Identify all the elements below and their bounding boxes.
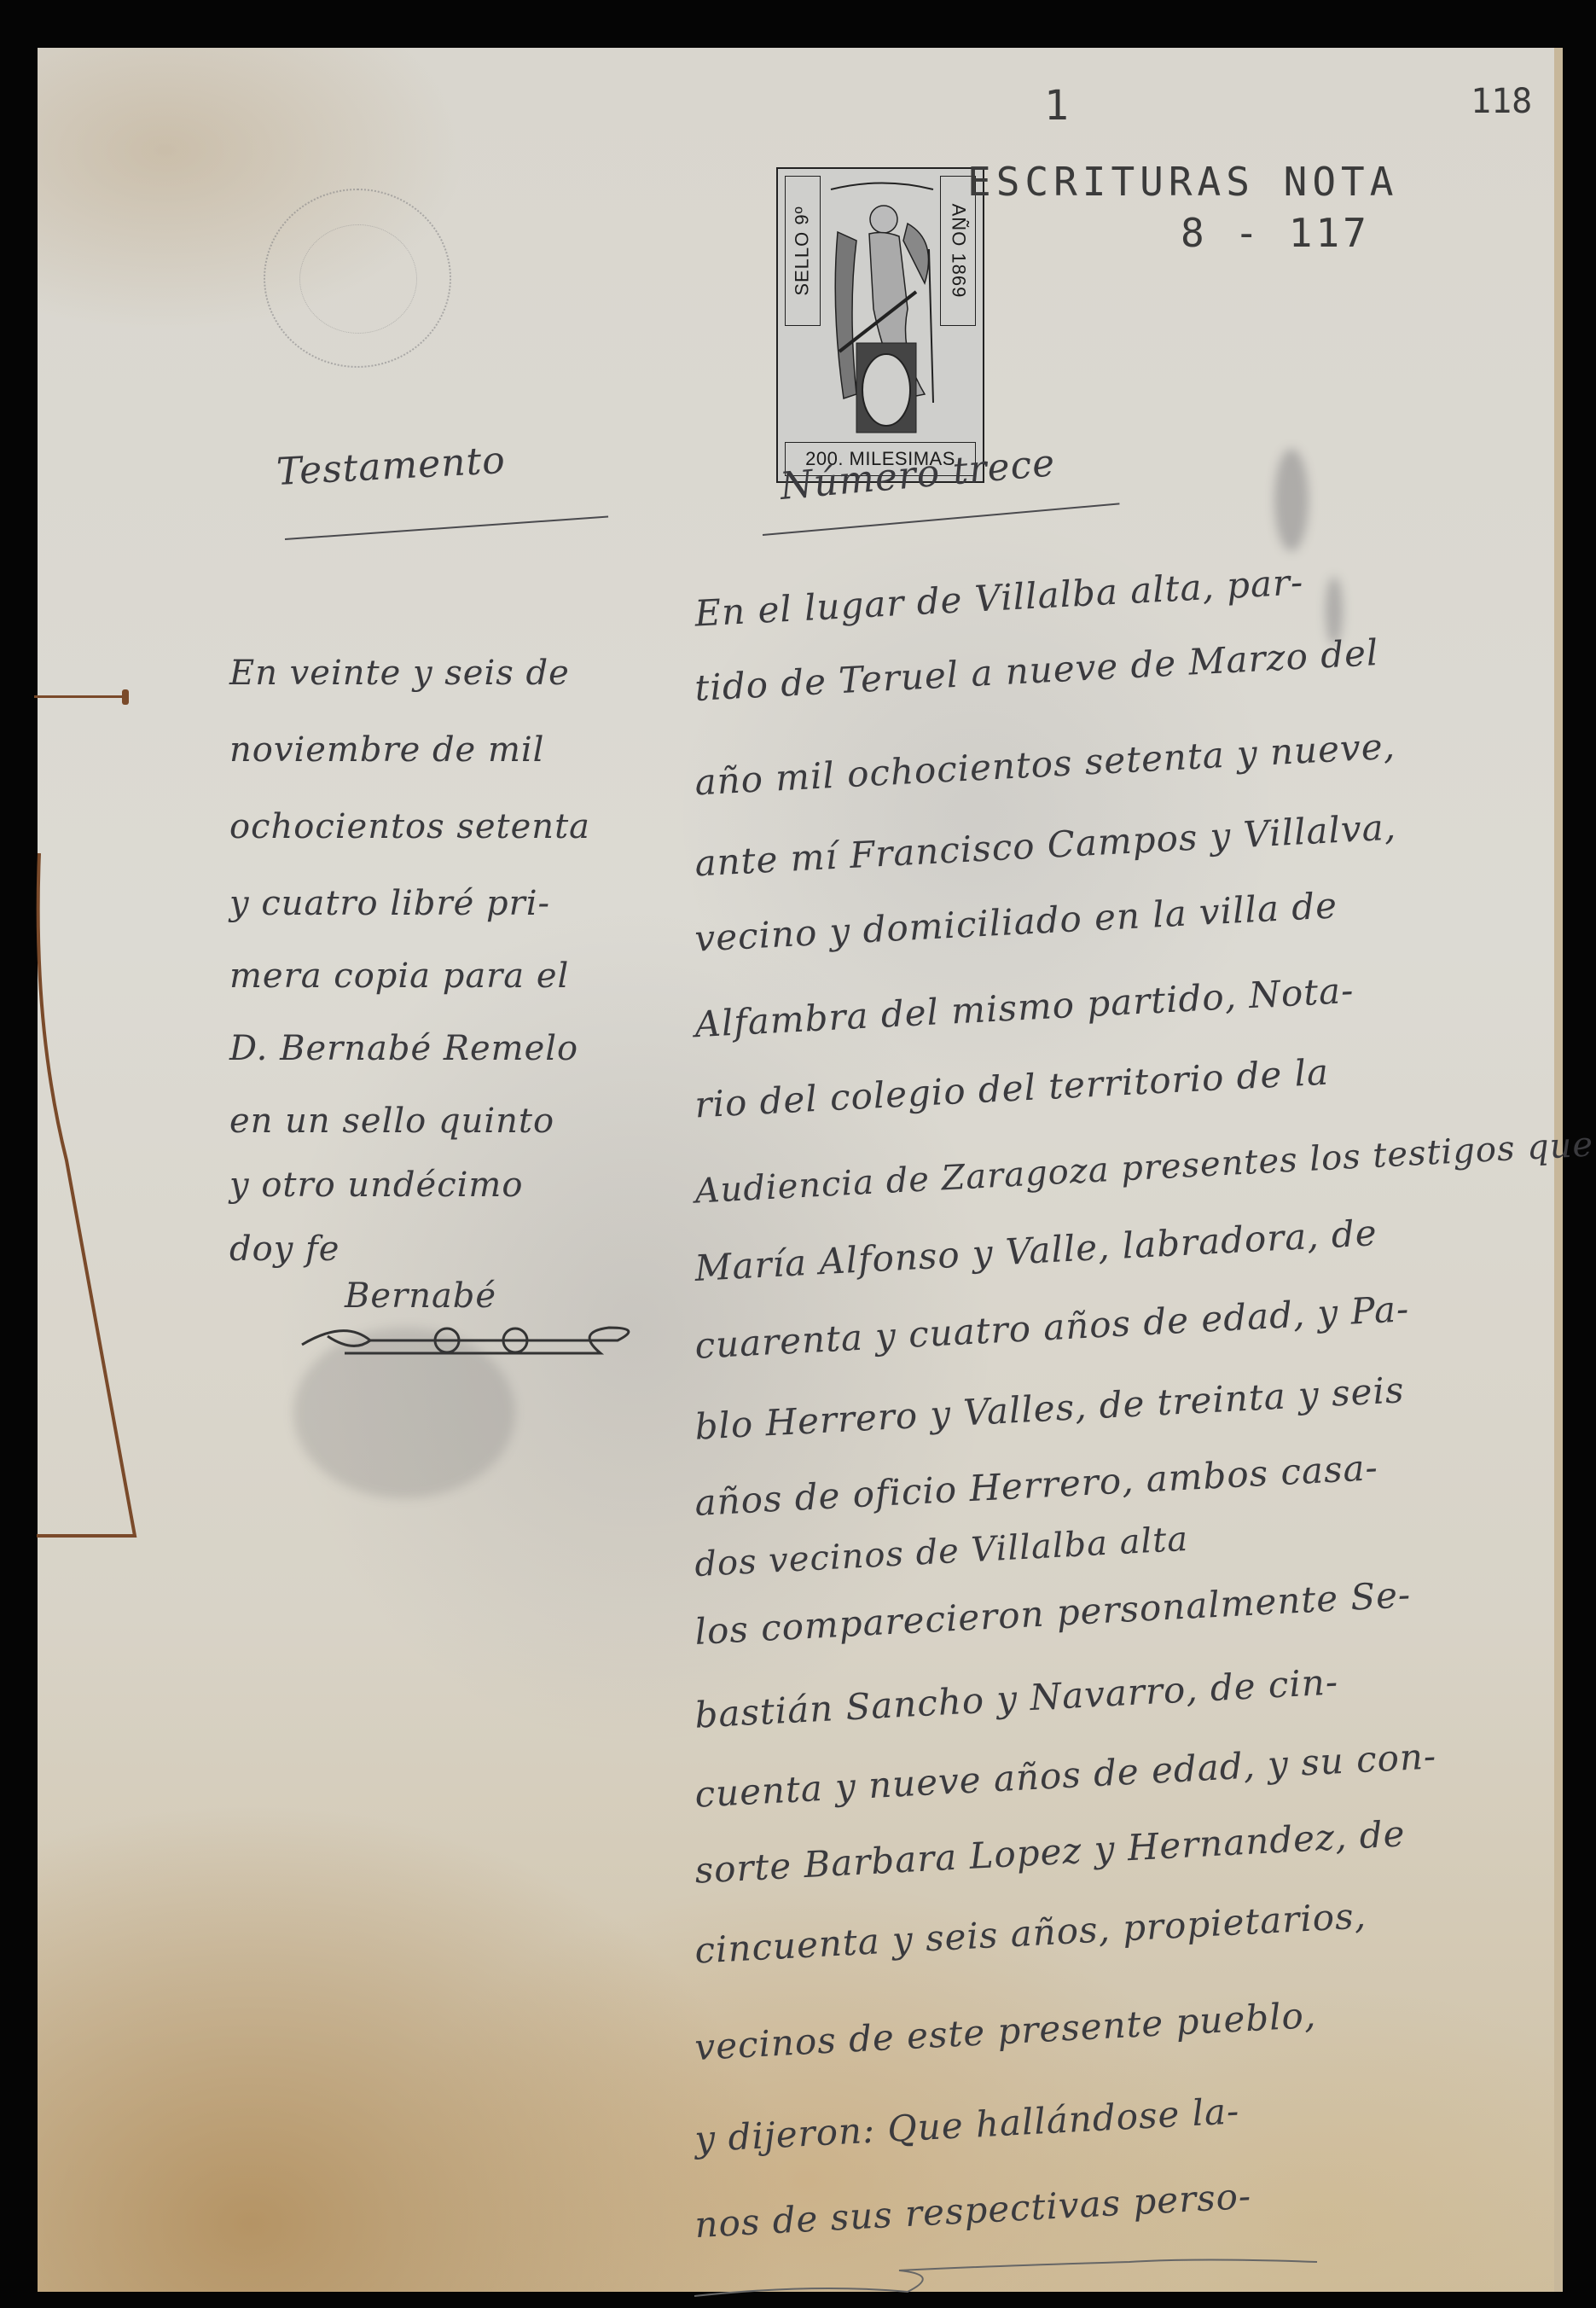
- text-line: y dijeron: Que hallándose la-: [694, 2090, 1240, 2160]
- text-line: ante mí Francisco Campos y Villalva,: [694, 805, 1397, 884]
- text-line: Audiencia de Zaragoza presentes los test…: [694, 1125, 1595, 1211]
- document-page: SELLO 9º AÑO 1869 200. MILESIMAS 1 118 E…: [38, 48, 1563, 2292]
- text-line: blo Herrero y Valles, de treinta y seis: [694, 1369, 1405, 1448]
- margin-line: y otro undécimo: [229, 1166, 523, 1205]
- text-line: los comparecieron personalmente Se-: [694, 1573, 1412, 1653]
- heading-underline: [285, 515, 608, 540]
- text-line: tido de Teruel a nueve de Marzo del: [694, 631, 1379, 709]
- binding-knot: [122, 689, 129, 705]
- text-line: En el lugar de Villalba alta, par-: [694, 561, 1304, 634]
- text-line: sorte Barbara Lopez y Hernandez, de: [694, 1812, 1406, 1892]
- ink-smudge: [1274, 449, 1309, 551]
- text-line: vecino y domiciliado en la villa de: [694, 884, 1338, 959]
- text-line: dos vecinos de Villalba alta: [694, 1520, 1189, 1584]
- text-line: cuarenta y cuatro años de edad, y Pa-: [694, 1288, 1410, 1367]
- text-line: cincuenta y seis años, propietarios,: [694, 1894, 1367, 1971]
- closing-flourish-icon: [686, 2258, 1334, 2308]
- center-heading-underline: [763, 503, 1120, 536]
- text-line: rio del colegio del territorio de la: [694, 1051, 1330, 1126]
- revenue-stamp: SELLO 9º AÑO 1869 200. MILESIMAS: [776, 167, 984, 483]
- margin-line: en un sello quinto: [229, 1102, 554, 1141]
- text-line: años de oficio Herrero, ambos casa-: [694, 1446, 1379, 1524]
- text-line: bastián Sancho y Navarro, de cin-: [694, 1660, 1339, 1735]
- margin-line: doy fe: [229, 1230, 340, 1269]
- text-line: año mil ochocientos setenta y nueve,: [694, 725, 1396, 804]
- ink-smudge: [1326, 577, 1343, 645]
- pencil-page-number: 1: [1044, 82, 1069, 130]
- archive-label: ESCRITURAS NOTA: [967, 159, 1398, 205]
- text-line: nos de sus respectivas perso-: [694, 2175, 1252, 2246]
- margin-line: En veinte y seis de: [229, 654, 570, 693]
- binding-string-top: [34, 695, 128, 698]
- margin-line: noviembre de mil: [229, 730, 544, 770]
- angel-trumpet-icon: [822, 181, 942, 437]
- ink-smudge: [293, 1328, 515, 1498]
- stamp-year-label: AÑO 1869: [947, 204, 969, 299]
- margin-line: y cuatro libré pri-: [229, 884, 550, 923]
- margin-line: D. Bernabé Remelo: [229, 1029, 578, 1068]
- text-line: Alfambra del mismo partido, Nota-: [694, 969, 1355, 1045]
- margin-heading: Testamento: [276, 439, 507, 494]
- text-line: María Alfonso y Valle, labradora, de: [694, 1212, 1378, 1289]
- text-line: vecinos de este presente pueblo,: [694, 1994, 1317, 2068]
- stamp-sello-label: SELLO 9º: [792, 206, 814, 295]
- binding-string-loop: [32, 853, 143, 1553]
- pencil-folio-number: 118: [1471, 82, 1532, 121]
- margin-line: mera copia para el: [229, 956, 569, 996]
- embossed-seal: [264, 189, 451, 368]
- stamp-left-panel: SELLO 9º: [785, 176, 821, 326]
- text-line: cuenta y nueve años de edad, y su con-: [694, 1735, 1437, 1815]
- margin-line: ochocientos setenta: [229, 807, 590, 846]
- archive-reference: 8 - 117: [1181, 210, 1370, 256]
